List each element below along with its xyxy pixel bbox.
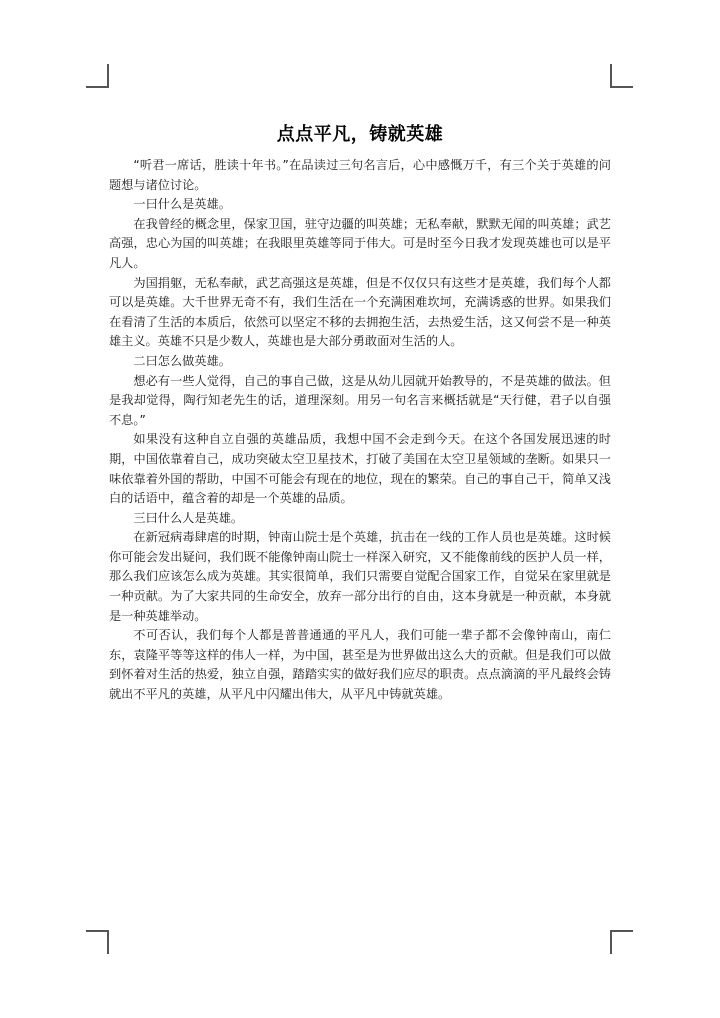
crop-mark-line	[86, 86, 109, 88]
crop-mark-line	[610, 930, 612, 954]
paragraph-conclusion: 不可否认，我们每个人都是普普通通的平凡人，我们可能一辈子都不会像钟南山，南仁东，…	[109, 626, 611, 704]
paragraph: 在新冠病毒肆虐的时期，钟南山院士是个英雄，抗击在一线的工作人员也是英雄。这时候你…	[109, 528, 611, 626]
crop-mark-line	[107, 930, 109, 954]
section-heading-1: 一曰什么是英雄。	[109, 195, 611, 215]
document-title: 点点平凡，铸就英雄	[0, 120, 720, 146]
document-body: “听君一席话，胜读十年书。”在品读过三句名言后，心中感慨万千，有三个关于英雄的问…	[109, 156, 611, 705]
section-heading-3: 三曰什么人是英雄。	[109, 509, 611, 529]
paragraph: 如果没有这种自立自强的英雄品质，我想中国不会走到今天。在这个各国发展迅速的时期，…	[109, 430, 611, 508]
crop-mark-line	[610, 64, 612, 88]
crop-mark-line	[610, 930, 633, 932]
crop-mark-line	[107, 64, 109, 88]
paragraph: 想必有一些人觉得，自己的事自己做，这是从幼儿园就开始教导的，不是英雄的做法。但是…	[109, 372, 611, 431]
paragraph: 在我曾经的概念里，保家卫国，驻守边疆的叫英雄；无私奉献，默默无闻的叫英雄；武艺高…	[109, 215, 611, 274]
section-heading-2: 二曰怎么做英雄。	[109, 352, 611, 372]
crop-mark-line	[610, 86, 633, 88]
crop-mark-line	[86, 930, 109, 932]
paragraph-intro: “听君一席话，胜读十年书。”在品读过三句名言后，心中感慨万千，有三个关于英雄的问…	[109, 156, 611, 195]
paragraph: 为国捐躯，无私奉献，武艺高强这是英雄，但是不仅仅只有这些才是英雄，我们每个人都可…	[109, 274, 611, 352]
